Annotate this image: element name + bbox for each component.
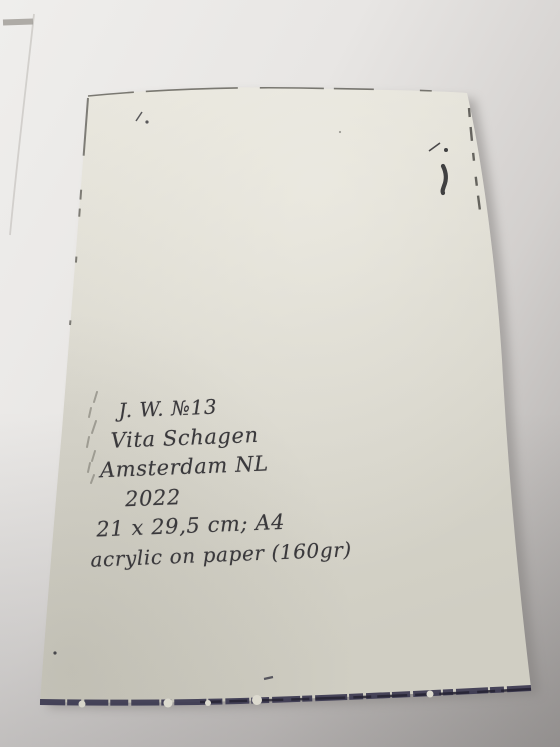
torn-paper-bump	[79, 701, 86, 708]
paper-lighting	[30, 70, 550, 720]
table-seam-line	[10, 14, 34, 235]
torn-paper-bump	[252, 695, 262, 705]
table-edge-strip	[3, 18, 33, 25]
torn-paper-bump	[164, 699, 173, 708]
torn-paper-bump	[205, 700, 211, 706]
paper-scene	[0, 0, 560, 747]
paper-shade	[30, 70, 550, 720]
photo-artwork-back: J. W. №13 Vita Schagen Amsterdam NL 2022…	[0, 0, 560, 747]
torn-paper-bump	[427, 691, 434, 698]
